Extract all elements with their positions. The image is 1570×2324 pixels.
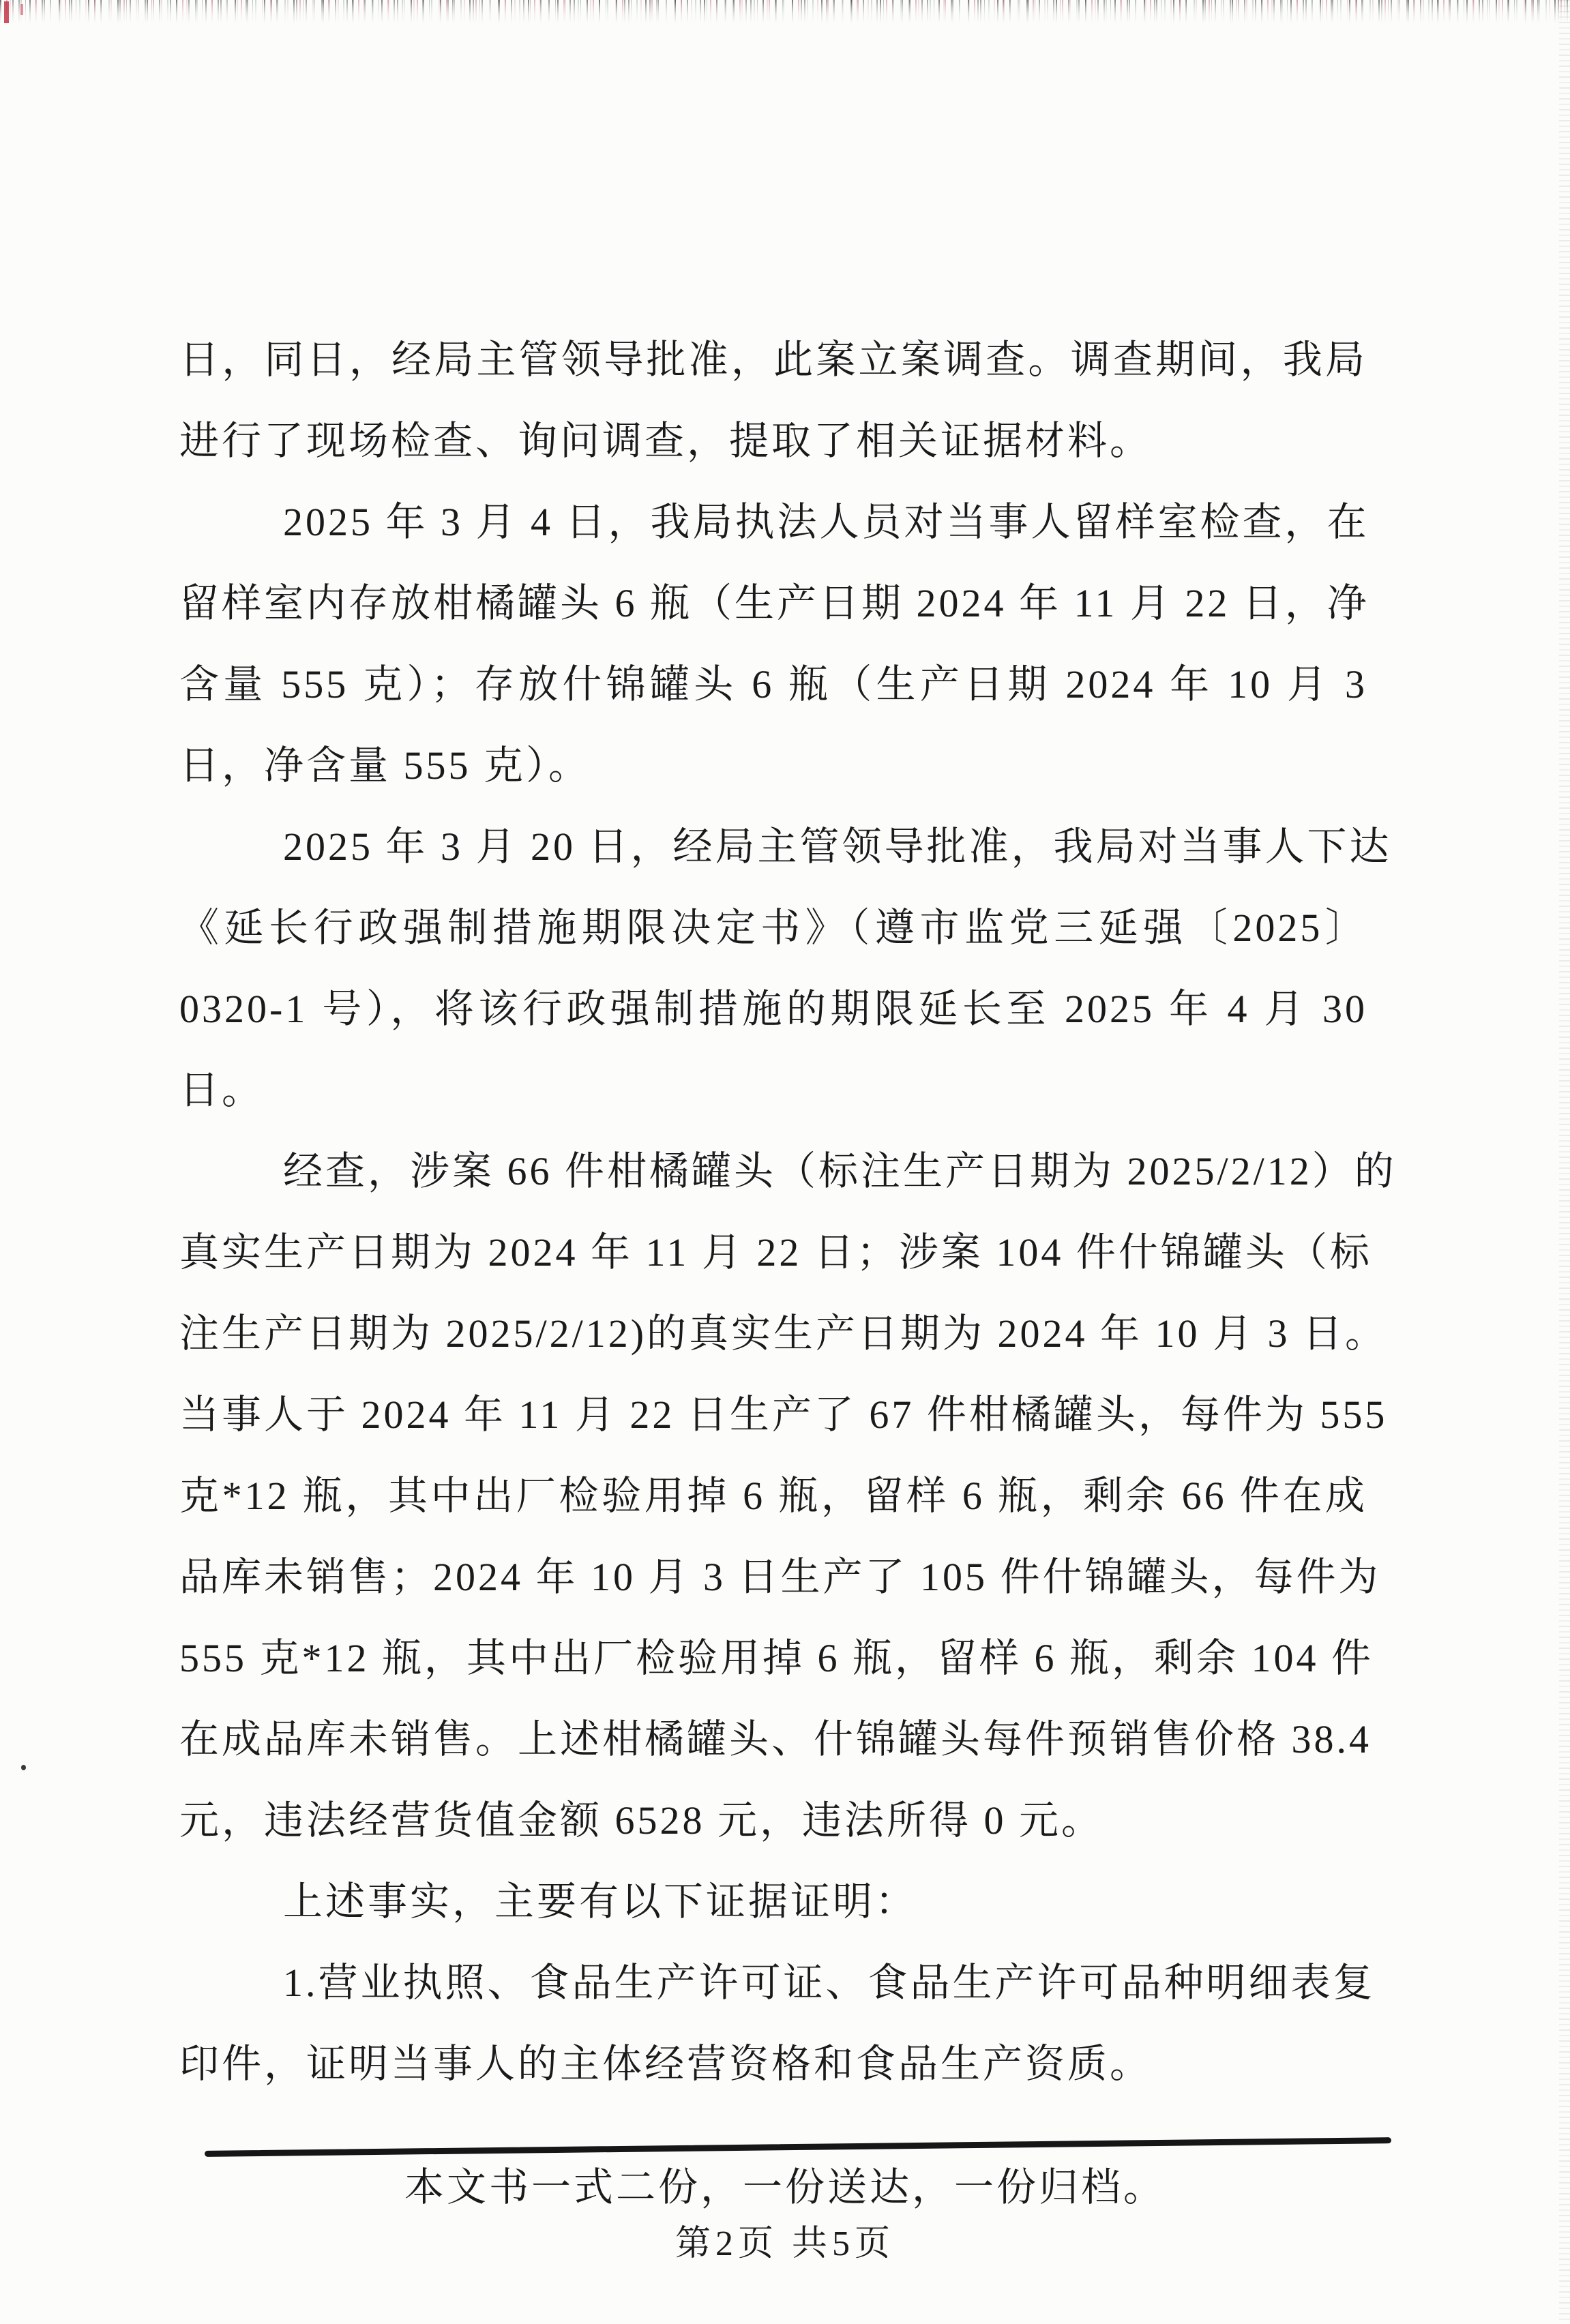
text-line: 当事人于 2024 年 11 月 22 日生产了 67 件柑橘罐头，每件为 55… [179,1374,1367,1455]
text-line: 含量 555 克）；存放什锦罐头 6 瓶（生产日期 2024 年 10 月 3 [179,644,1367,725]
text-line: 2025 年 3 月 20 日，经局主管领导批准，我局对当事人下达 [179,806,1367,887]
text-line: 日，净含量 555 克）。 [179,725,1367,806]
text-line: 克*12 瓶，其中出厂检验用掉 6 瓶，留样 6 瓶，剩余 66 件在成 [179,1455,1367,1536]
footer-divider-line [205,2137,1391,2157]
text-line: 1.营业执照、食品生产许可证、食品生产许可品种明细表复 [179,1942,1367,2023]
scan-noise-top-edge [0,0,1570,25]
text-line: 印件，证明当事人的主体经营资格和食品生产资质。 [179,2023,1367,2104]
text-line: 555 克*12 瓶，其中出厂检验用掉 6 瓶，留样 6 瓶，剩余 104 件 [179,1618,1367,1699]
text-line: 进行了现场检查、询问调查，提取了相关证据材料。 [179,400,1367,481]
text-line: 品库未销售；2024 年 10 月 3 日生产了 105 件什锦罐头，每件为 [179,1536,1367,1618]
text-line: 日，同日，经局主管领导批准，此案立案调查。调查期间，我局 [179,319,1367,400]
scan-noise-right-edge [1559,0,1570,2324]
ink-dot-artifact [21,1765,26,1770]
text-line: 日。 [179,1049,1367,1131]
text-line: 2025 年 3 月 4 日，我局执法人员对当事人留样室检查，在 [179,481,1367,563]
red-scan-mark [4,1,9,23]
page-number: 第2页 共5页 [0,2222,1570,2267]
text-line: 0320-1 号），将该行政强制措施的期限延长至 2025 年 4 月 30 [179,968,1367,1049]
text-line: 在成品库未销售。上述柑橘罐头、什锦罐头每件预销售价格 38.4 [179,1699,1367,1780]
text-line: 经查，涉案 66 件柑橘罐头（标注生产日期为 2025/2/12）的 [179,1131,1367,1212]
text-line: 《延长行政强制措施期限决定书》（遵市监党三延强〔2025〕 [179,887,1367,968]
text-line: 真实生产日期为 2024 年 11 月 22 日；涉案 104 件什锦罐头（标 [179,1212,1367,1293]
scanned-document-page: 日，同日，经局主管领导批准，此案立案调查。调查期间，我局 进行了现场检查、询问调… [0,0,1570,2324]
text-line: 注生产日期为 2025/2/12)的真实生产日期为 2024 年 10 月 3 … [179,1293,1367,1374]
text-line: 元，违法经营货值金额 6528 元，违法所得 0 元。 [179,1780,1367,1861]
text-line: 上述事实，主要有以下证据证明： [179,1861,1367,1942]
document-body: 日，同日，经局主管领导批准，此案立案调查。调查期间，我局 进行了现场检查、询问调… [179,319,1367,2104]
footer-note: 本文书一式二份，一份送达，一份归档。 [0,2163,1570,2212]
red-scan-mark-small [20,4,23,15]
text-line: 留样室内存放柑橘罐头 6 瓶（生产日期 2024 年 11 月 22 日，净 [179,563,1367,644]
